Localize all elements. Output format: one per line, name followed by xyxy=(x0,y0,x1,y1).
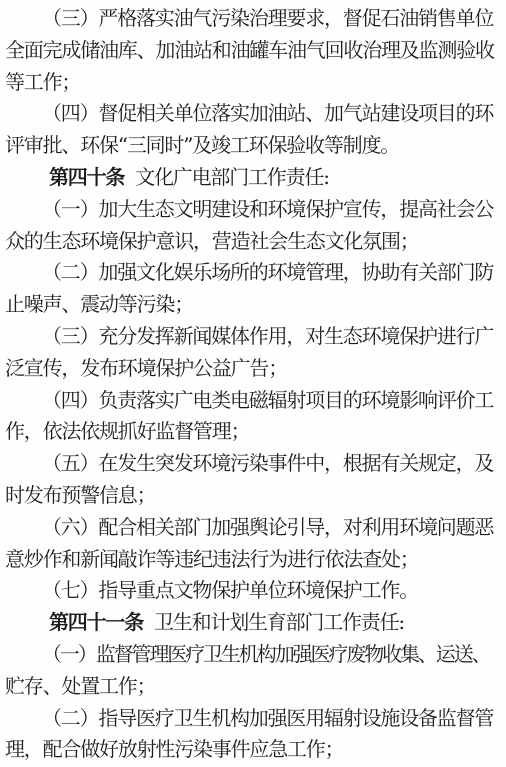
text-line: （二）加强文化娱乐场所的环境管理，协助有关部门防 xyxy=(5,257,494,289)
article-title: 卫生和计划生育部门工作责任: xyxy=(154,610,404,634)
text-line: 泛宣传，发布环境保护公益广告； xyxy=(5,353,494,385)
text-line: （三）严格落实油气污染治理要求，督促石油销售单位 xyxy=(5,3,494,35)
article-title: 文化广电部门工作责任: xyxy=(135,165,329,189)
document-page: （三）严格落实油气污染治理要求，督促石油销售单位 全面完成储油库、加油站和油罐车… xyxy=(0,0,506,767)
text-line: 等工作； xyxy=(5,67,494,99)
text-line: 作，依法依规抓好监督管理； xyxy=(5,416,494,448)
text-line: 时发布预警信息； xyxy=(5,480,494,512)
article-number: 第四十条 xyxy=(49,165,124,189)
text-line: （六）配合相关部门加强舆论引导，对利用环境问题恶 xyxy=(5,512,494,544)
text-line: 意炒作和新闻敲诈等违纪违法行为进行依法查处； xyxy=(5,544,494,576)
article-heading: 第四十一条卫生和计划生育部门工作责任: xyxy=(5,607,494,639)
text-line: （一）监督管理医疗卫生机构加强医疗废物收集、运送、 xyxy=(5,639,494,671)
text-line: （四）负责落实广电类电磁辐射项目的环境影响评价工 xyxy=(5,385,494,417)
text-line: 理，配合做好放射性污染事件应急工作； xyxy=(5,734,494,766)
text-line: 评审批、环保“三同时”及竣工环保验收等制度。 xyxy=(5,130,494,162)
text-line: 止噪声、震动等污染； xyxy=(5,289,494,321)
text-line: （七）指导重点文物保护单位环境保护工作。 xyxy=(5,575,494,607)
text-line: （四）督促相关单位落实加油站、加气站建设项目的环 xyxy=(5,98,494,130)
article-heading: 第四十条文化广电部门工作责任: xyxy=(5,162,494,194)
text-line: （一）加大生态文明建设和环境保护宣传，提高社会公 xyxy=(5,194,494,226)
text-line: （五）在发生突发环境污染事件中，根据有关规定，及 xyxy=(5,448,494,480)
text-line: 贮存、处置工作； xyxy=(5,671,494,703)
text-line: （二）指导医疗卫生机构加强医用辐射设施设备监督管 xyxy=(5,703,494,735)
text-line: 全面完成储油库、加油站和油罐车油气回收治理及监测验收 xyxy=(5,35,494,67)
text-line: （三）充分发挥新闻媒体作用，对生态环境保护进行广 xyxy=(5,321,494,353)
text-line: 众的生态环境保护意识，营造社会生态文化氛围； xyxy=(5,226,494,258)
article-number: 第四十一条 xyxy=(49,610,143,634)
